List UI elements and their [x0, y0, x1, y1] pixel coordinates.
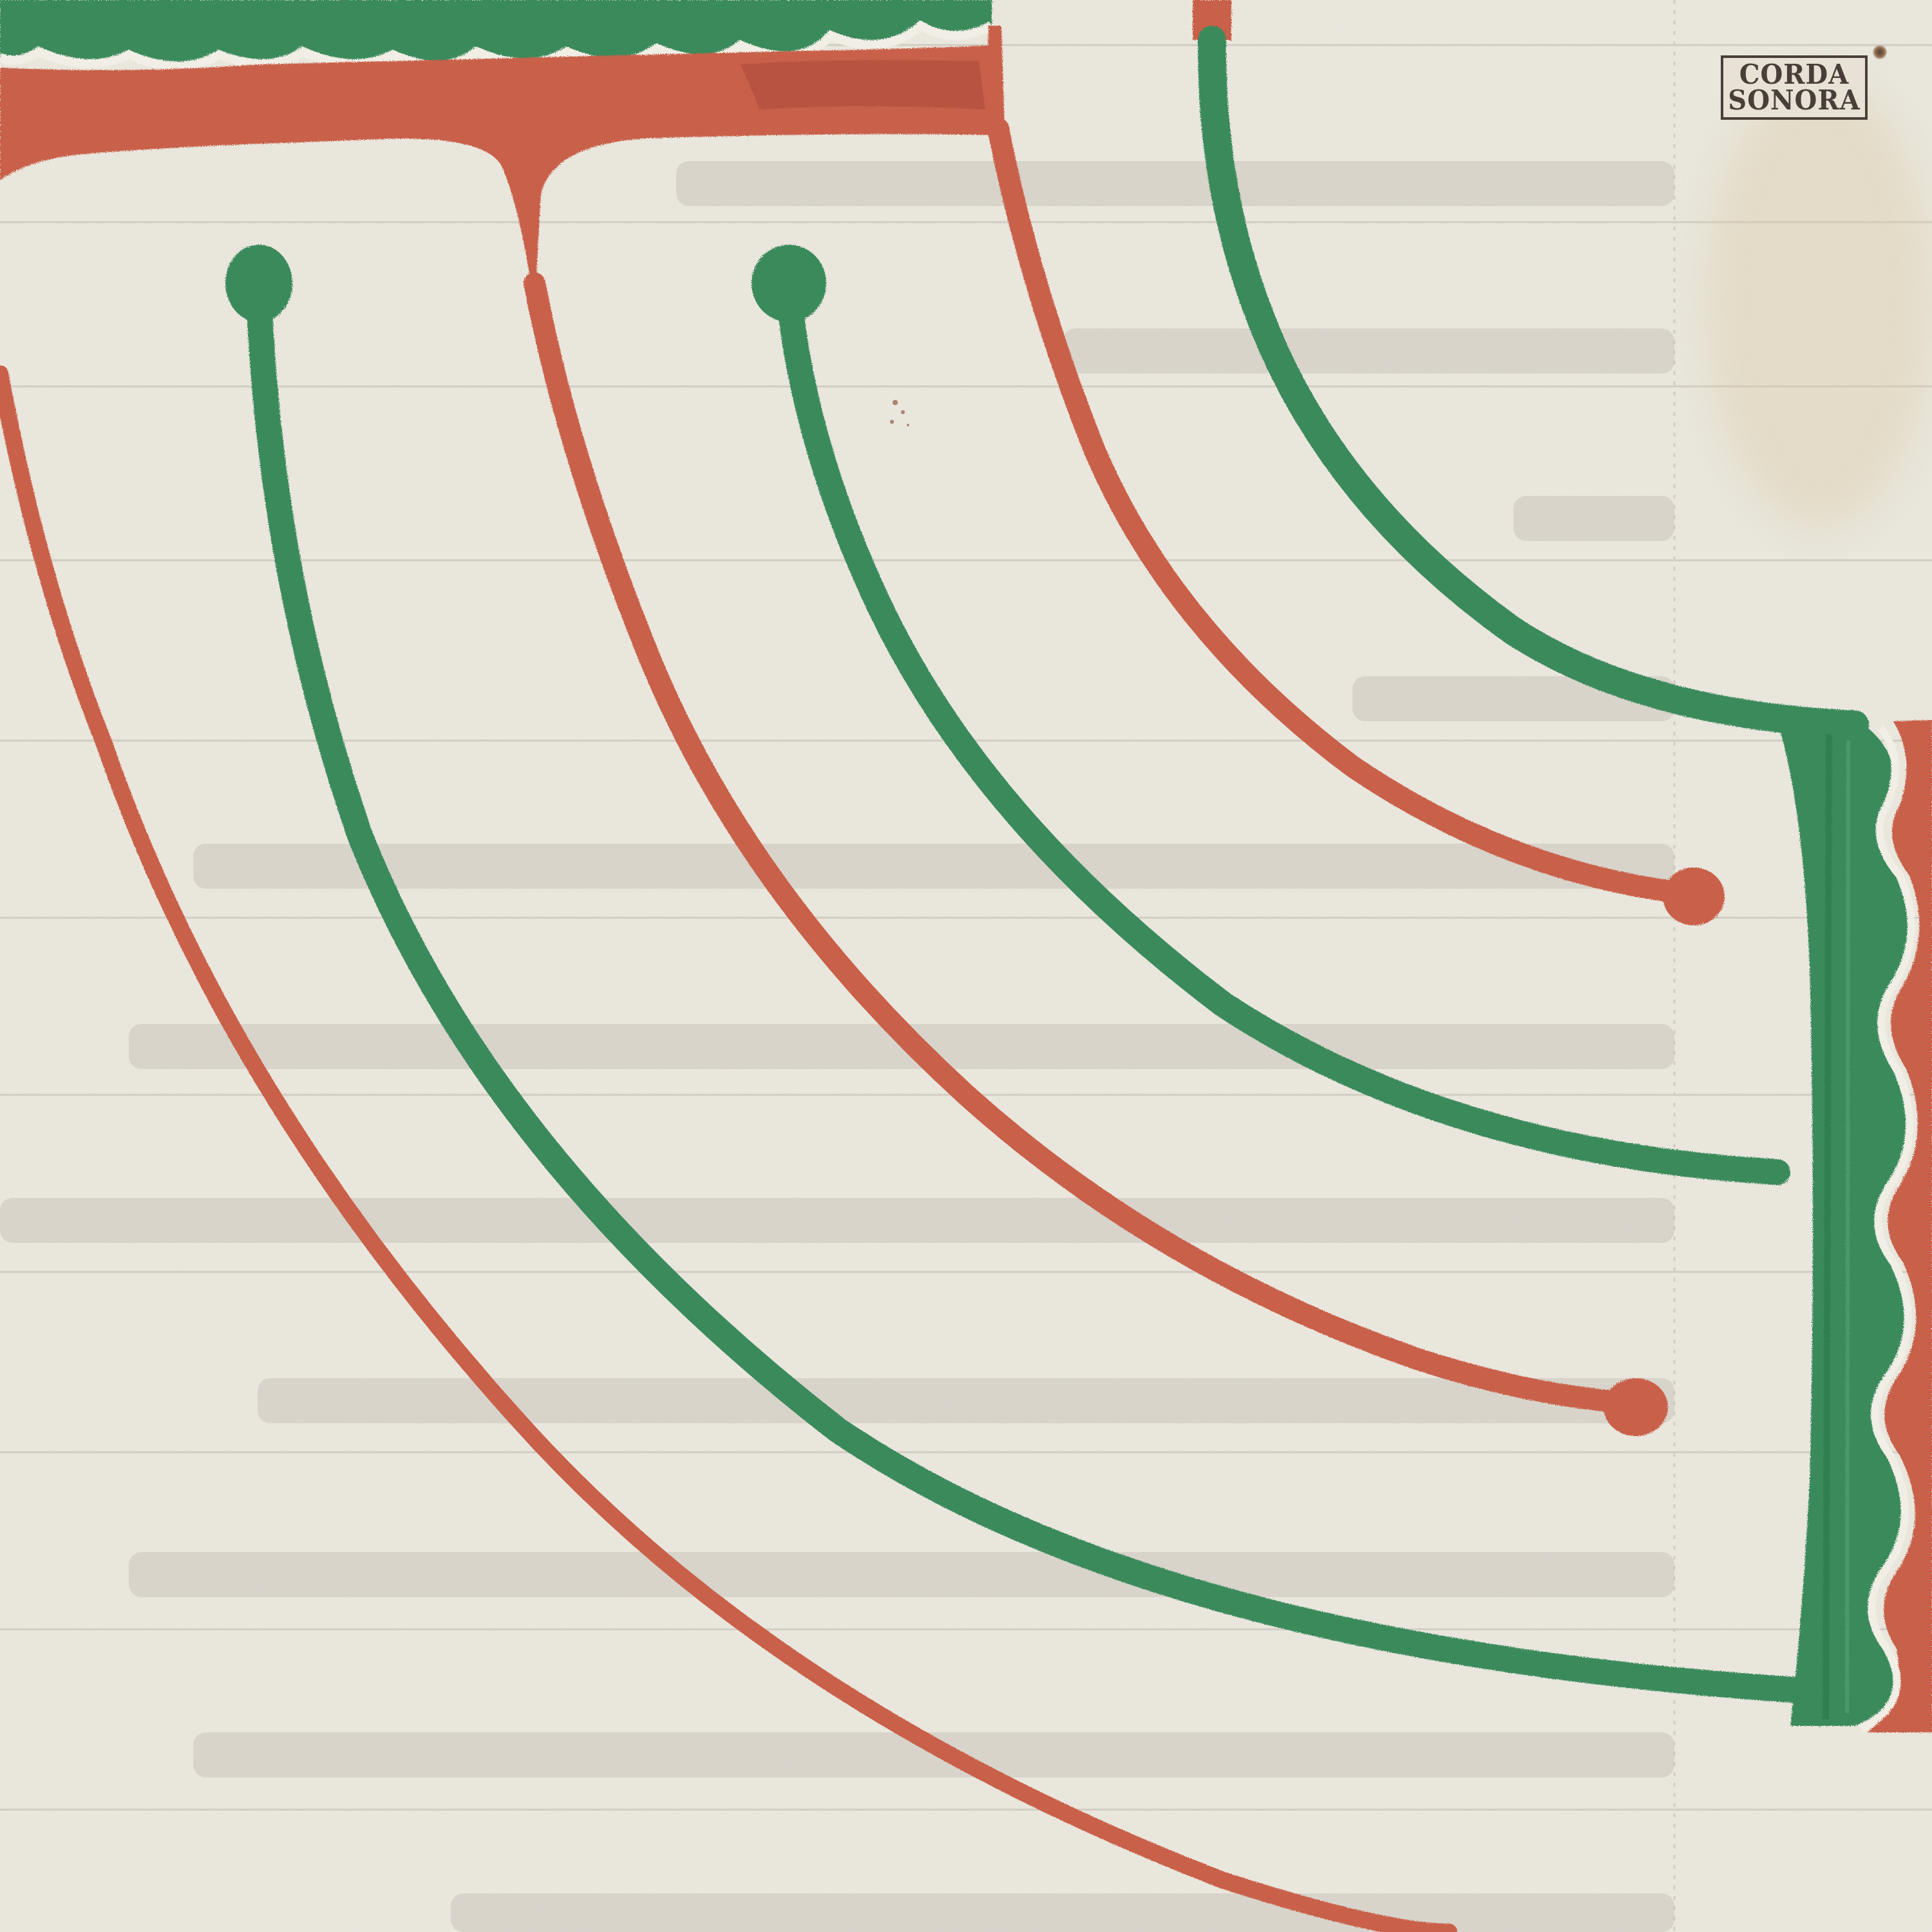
logo-line-2: SONORA [1728, 87, 1860, 114]
manuscript-illumination [0, 0, 1932, 1932]
parchment-stain [1707, 77, 1932, 528]
corda-sonora-logo: CORDA SONORA [1721, 55, 1868, 120]
parchment-hole [1873, 45, 1887, 59]
